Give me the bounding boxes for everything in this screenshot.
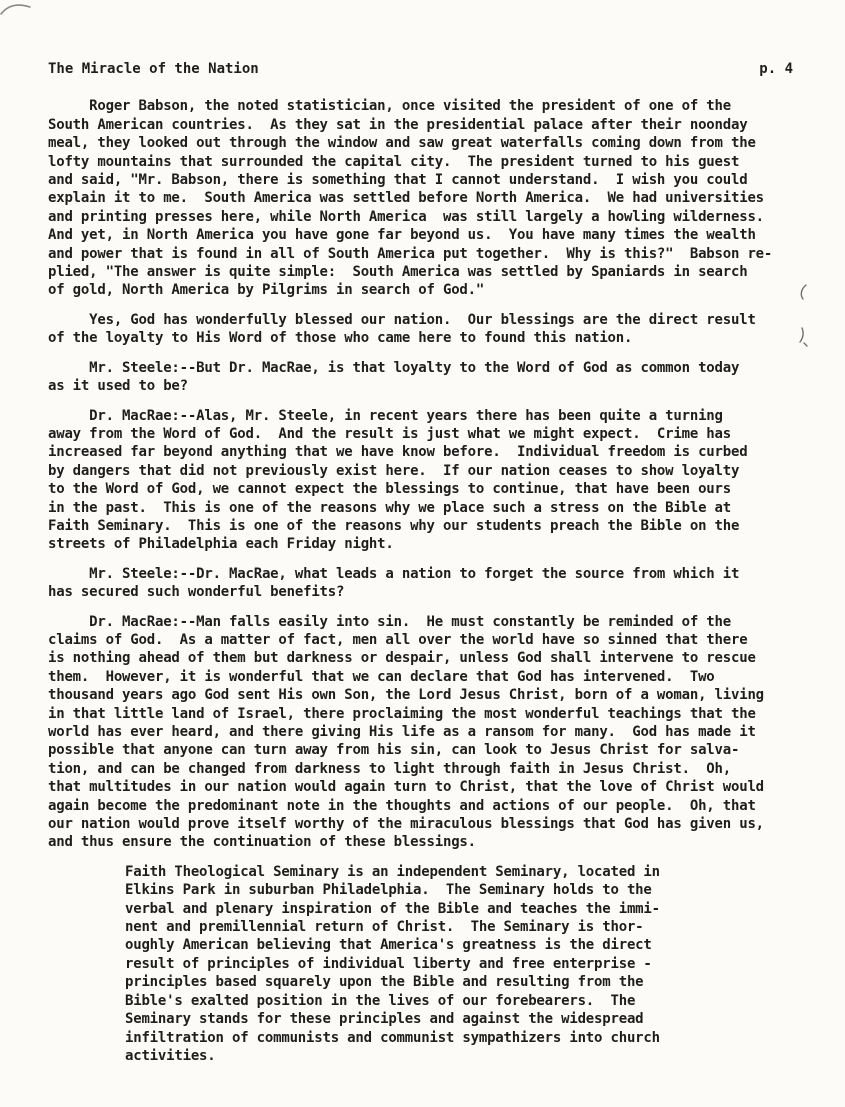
paragraph-macrae-answer-1: Dr. MacRae:--Alas, Mr. Steele, in recent… [48, 407, 807, 554]
document-title: The Miracle of the Nation [48, 60, 259, 78]
pen-mark-top-left [0, 0, 36, 20]
paragraph-steele-question-1: Mr. Steele:--But Dr. MacRae, is that loy… [48, 359, 807, 396]
paragraph-babson-anecdote: Roger Babson, the noted statistician, on… [48, 97, 807, 299]
document-page: The Miracle of the Nation p. 4 Roger Bab… [0, 0, 845, 1107]
page-header: The Miracle of the Nation p. 4 [48, 60, 793, 78]
document-body: Roger Babson, the noted statistician, on… [48, 97, 807, 1065]
paragraph-blessed-nation: Yes, God has wonderfully blessed our nat… [48, 311, 807, 348]
paragraph-steele-question-2: Mr. Steele:--Dr. MacRae, what leads a na… [48, 565, 807, 602]
paragraph-seminary-note: Faith Theological Seminary is an indepen… [125, 863, 807, 1065]
page-number: p. 4 [759, 60, 793, 78]
paragraph-macrae-answer-2: Dr. MacRae:--Man falls easily into sin. … [48, 613, 807, 852]
